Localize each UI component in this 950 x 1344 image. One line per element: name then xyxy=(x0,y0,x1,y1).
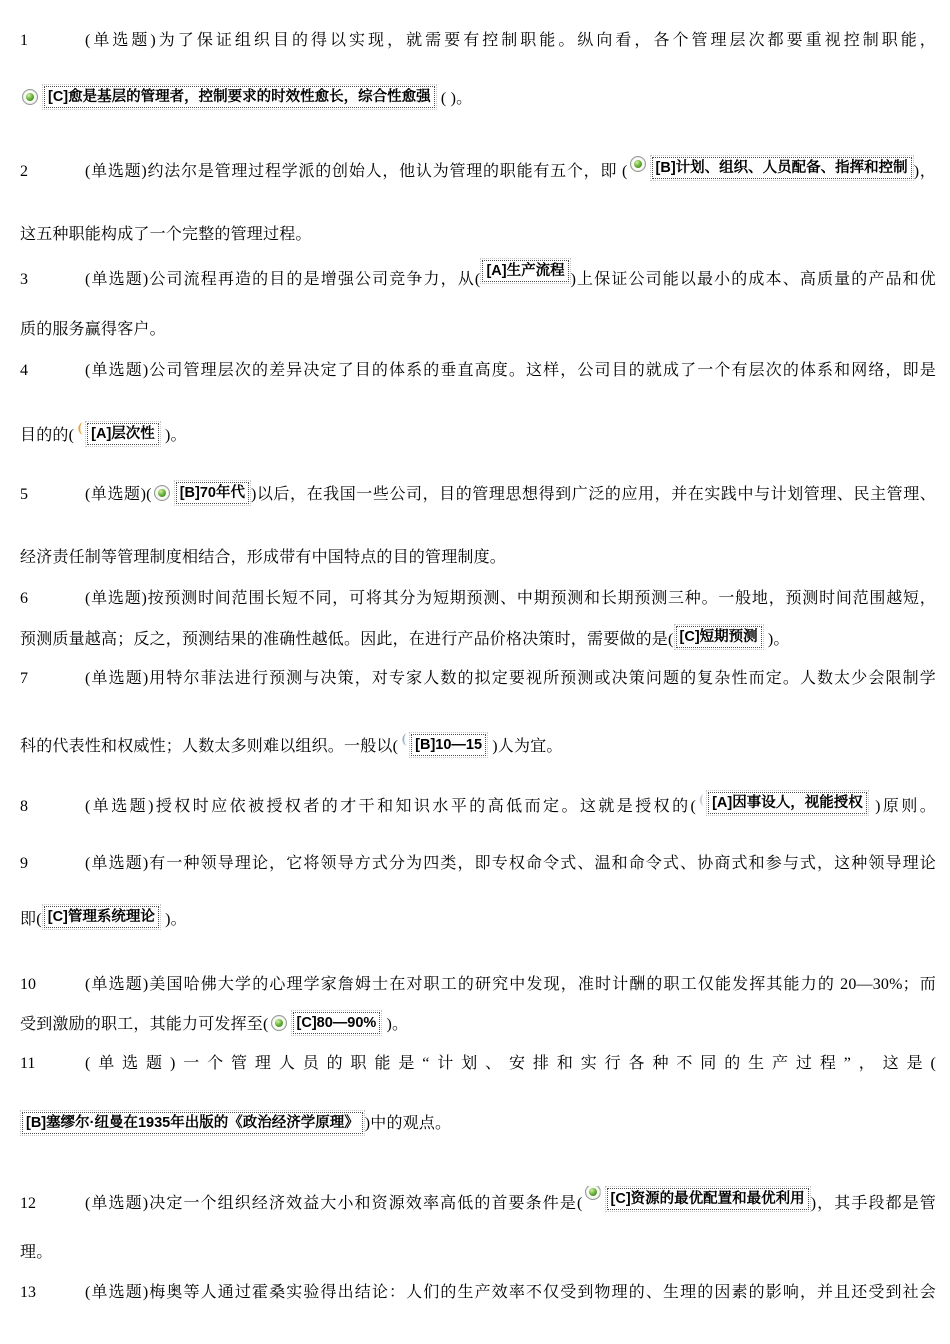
question-number: 2 xyxy=(20,157,85,187)
question-text: )上保证公司能以最小的成本、高质量的产品和优 xyxy=(571,271,936,288)
q5-line1: 5(单选题)([B]70年代)以后，在我国一些公司，目的管理思想得到广泛的应用，… xyxy=(20,480,936,510)
question-number: 5 xyxy=(20,480,85,510)
answer-box-q12[interactable]: [C]资源的最优配置和最优利用 xyxy=(607,1188,809,1210)
question-text: 经济责任制等管理制度相结合，形成带有中国特点的目的管理制度。 xyxy=(20,549,506,566)
radio-dot-icon xyxy=(26,93,34,101)
question-text: (单选题)公司管理层次的差异决定了目的体系的垂直高度。这样，公司目的就成了一个有… xyxy=(85,362,936,379)
question-text: (单选题)决定一个组织经济效益大小和资源效率高低的首要条件是( xyxy=(85,1195,583,1212)
question-text: )原则。 xyxy=(869,798,936,815)
answer-box-q11[interactable]: [B]塞缪尔·纽曼在1935年出版的《政治经济学原理》 xyxy=(22,1112,363,1134)
q2-line1: 2(单选题)约法尔是管理过程学派的创始人，他认为管理的职能有五个，即 ([B]计… xyxy=(20,156,936,187)
answer-box-q10[interactable]: [C]80—90% xyxy=(293,1012,381,1034)
question-number: 11 xyxy=(20,1049,85,1079)
question-number: 4 xyxy=(20,356,85,386)
answer-box-q6[interactable]: [C]短期预测 xyxy=(676,626,762,648)
q12-line1: 12(单选题)决定一个组织经济效益大小和资源效率高低的首要条件是([C]资源的最… xyxy=(20,1184,936,1219)
question-text: )， xyxy=(914,163,936,180)
question-text: (单选题)有一种领导理论，它将领导方式分为四类，即专权命令式、温和命令式、协商式… xyxy=(85,855,936,872)
question-number: 6 xyxy=(20,584,85,614)
question-text: 这五种职能构成了一个完整的管理过程。 xyxy=(20,226,312,243)
q1-line2: [C]愈是基层的管理者，控制要求的时效性愈长，综合性愈强 ( )。 xyxy=(20,84,936,114)
radio-selected-icon[interactable] xyxy=(154,485,170,501)
question-text: 科的代表性和权威性；人数太多则难以组织。一般以( xyxy=(20,738,398,755)
question-number: 1 xyxy=(20,26,85,56)
question-text: )以后，在我国一些公司，目的管理思想得到广泛的应用，并在实践中与计划管理、民主管… xyxy=(251,486,936,503)
q10-line2: 受到激励的职工，其能力可发挥至([C]80—90% )。 xyxy=(20,1010,936,1040)
q10-line1: 10(单选题)美国哈佛大学的心理学家詹姆士在对职工的研究中发现，准时计酬的职工仅… xyxy=(20,970,936,1000)
q8-line1: 8(单选题)授权时应依被授权者的才干和知识水平的高低而定。这就是授权的([A]因… xyxy=(20,788,936,822)
q2-line2: 这五种职能构成了一个完整的管理过程。 xyxy=(20,220,936,250)
question-text: ( )。 xyxy=(437,90,473,107)
answer-box-q7[interactable]: [B]10—15 xyxy=(411,734,486,756)
question-text: 理。 xyxy=(20,1244,52,1261)
radio-dot-icon xyxy=(589,1188,597,1196)
radio-dot-icon xyxy=(158,489,166,497)
q11-line2: [B]塞缪尔·纽曼在1935年出版的《政治经济学原理》)中的观点。 xyxy=(20,1109,936,1139)
radio-selected-icon[interactable] xyxy=(271,1015,287,1031)
answer-box-q4[interactable]: [A]层次性 xyxy=(87,423,159,445)
radio-dot-icon xyxy=(634,160,642,168)
radio-partial-icon[interactable] xyxy=(697,788,705,818)
question-text: 质的服务赢得客户。 xyxy=(20,321,166,338)
question-text: )。 xyxy=(161,427,187,444)
q12-line2: 理。 xyxy=(20,1238,936,1268)
q13-line1: 13(单选题)梅奥等人通过霍桑实验得出结论：人们的生产效率不仅受到物理的、生理的… xyxy=(20,1278,936,1308)
question-text: (单选题)梅奥等人通过霍桑实验得出结论：人们的生产效率不仅受到物理的、生理的因素… xyxy=(85,1284,936,1301)
exam-question-document: 1(单选题)为了保证组织目的得以实现，就需要有控制职能。纵向看，各个管理层次都要… xyxy=(0,0,950,1344)
question-number: 8 xyxy=(20,792,85,822)
question-text: 预测质量越高；反之，预测结果的准确性越低。因此，在进行产品价格决策时，需要做的是… xyxy=(20,631,674,648)
question-text: (单选题)约法尔是管理过程学派的创始人，他认为管理的职能有五个，即 ( xyxy=(85,163,628,180)
q6-line2: 预测质量越高；反之，预测结果的准确性越低。因此，在进行产品价格决策时，需要做的是… xyxy=(20,625,936,655)
question-number: 10 xyxy=(20,970,85,1000)
answer-box-q2[interactable]: [B]计划、组织、人员配备、指挥和控制 xyxy=(652,157,912,179)
radio-partial-icon[interactable] xyxy=(75,417,84,447)
question-text: (单选题)一个管理人员的职能是“计划、安排和实行各种不同的生产过程”，这是( xyxy=(85,1055,936,1072)
question-text: 目的的( xyxy=(20,427,74,444)
q3-line2: 质的服务赢得客户。 xyxy=(20,315,936,345)
question-text: )。 xyxy=(764,631,790,648)
q3-line1: 3(单选题)公司流程再造的目的是增强公司竞争力，从([A]生产流程)上保证公司能… xyxy=(20,260,936,295)
question-text: 即( xyxy=(20,911,42,928)
question-text: )中的观点。 xyxy=(365,1115,452,1132)
question-text: )人为宜。 xyxy=(488,738,563,755)
question-text: )。 xyxy=(382,1016,408,1033)
radio-dot-icon xyxy=(275,1019,283,1027)
question-text: (单选题)公司流程再造的目的是增强公司竞争力，从( xyxy=(85,271,480,288)
question-text: (单选题)授权时应依被授权者的才干和知识水平的高低而定。这就是授权的( xyxy=(85,798,696,815)
radio-selected-icon[interactable] xyxy=(630,156,646,172)
q4-line2: 目的的([A]层次性 )。 xyxy=(20,417,936,451)
question-number: 7 xyxy=(20,664,85,694)
question-text: 受到激励的职工，其能力可发挥至( xyxy=(20,1016,269,1033)
question-number: 3 xyxy=(20,265,85,295)
question-number: 13 xyxy=(20,1278,85,1308)
radio-partial-icon[interactable] xyxy=(399,728,408,758)
radio-selected-icon[interactable] xyxy=(22,89,38,105)
q11-line1: 11(单选题)一个管理人员的职能是“计划、安排和实行各种不同的生产过程”，这是( xyxy=(20,1049,936,1079)
question-text: (单选题)( xyxy=(85,486,152,503)
q7-line1: 7(单选题)用特尔菲法进行预测与决策，对专家人数的拟定要视所预测或决策问题的复杂… xyxy=(20,664,936,694)
question-text: (单选题)美国哈佛大学的心理学家詹姆士在对职工的研究中发现，准时计酬的职工仅能发… xyxy=(85,976,936,993)
question-text: (单选题)为了保证组织目的得以实现，就需要有控制职能。纵向看，各个管理层次都要重… xyxy=(85,32,936,49)
question-text: (单选题)按预测时间范围长短不同，可将其分为短期预测、中期预测和长期预测三种。一… xyxy=(85,590,936,607)
q1-line1: 1(单选题)为了保证组织目的得以实现，就需要有控制职能。纵向看，各个管理层次都要… xyxy=(20,26,936,56)
question-text: )。 xyxy=(161,911,187,928)
answer-box-q1[interactable]: [C]愈是基层的管理者，控制要求的时效性愈长，综合性愈强 xyxy=(44,86,435,108)
q4-line1: 4(单选题)公司管理层次的差异决定了目的体系的垂直高度。这样，公司目的就成了一个… xyxy=(20,356,936,386)
radio-selected-icon[interactable] xyxy=(585,1184,601,1200)
answer-box-q3[interactable]: [A]生产流程 xyxy=(482,260,568,282)
question-number: 9 xyxy=(20,849,85,879)
q7-line2: 科的代表性和权威性；人数太多则难以组织。一般以([B]10—15 )人为宜。 xyxy=(20,728,936,762)
q6-line1: 6(单选题)按预测时间范围长短不同，可将其分为短期预测、中期预测和长期预测三种。… xyxy=(20,584,936,614)
q5-line2: 经济责任制等管理制度相结合，形成带有中国特点的目的管理制度。 xyxy=(20,543,936,573)
answer-box-q5[interactable]: [B]70年代 xyxy=(176,482,249,504)
answer-box-q8[interactable]: [A]因事设人，视能授权 xyxy=(708,792,867,814)
q9-line2: 即([C]管理系统理论 )。 xyxy=(20,905,936,935)
answer-box-q9[interactable]: [C]管理系统理论 xyxy=(44,906,159,928)
question-text: )，其手段都是管 xyxy=(811,1195,936,1212)
question-number: 12 xyxy=(20,1189,85,1219)
q9-line1: 9(单选题)有一种领导理论，它将领导方式分为四类，即专权命令式、温和命令式、协商… xyxy=(20,849,936,879)
question-text: (单选题)用特尔菲法进行预测与决策，对专家人数的拟定要视所预测或决策问题的复杂性… xyxy=(85,670,936,687)
